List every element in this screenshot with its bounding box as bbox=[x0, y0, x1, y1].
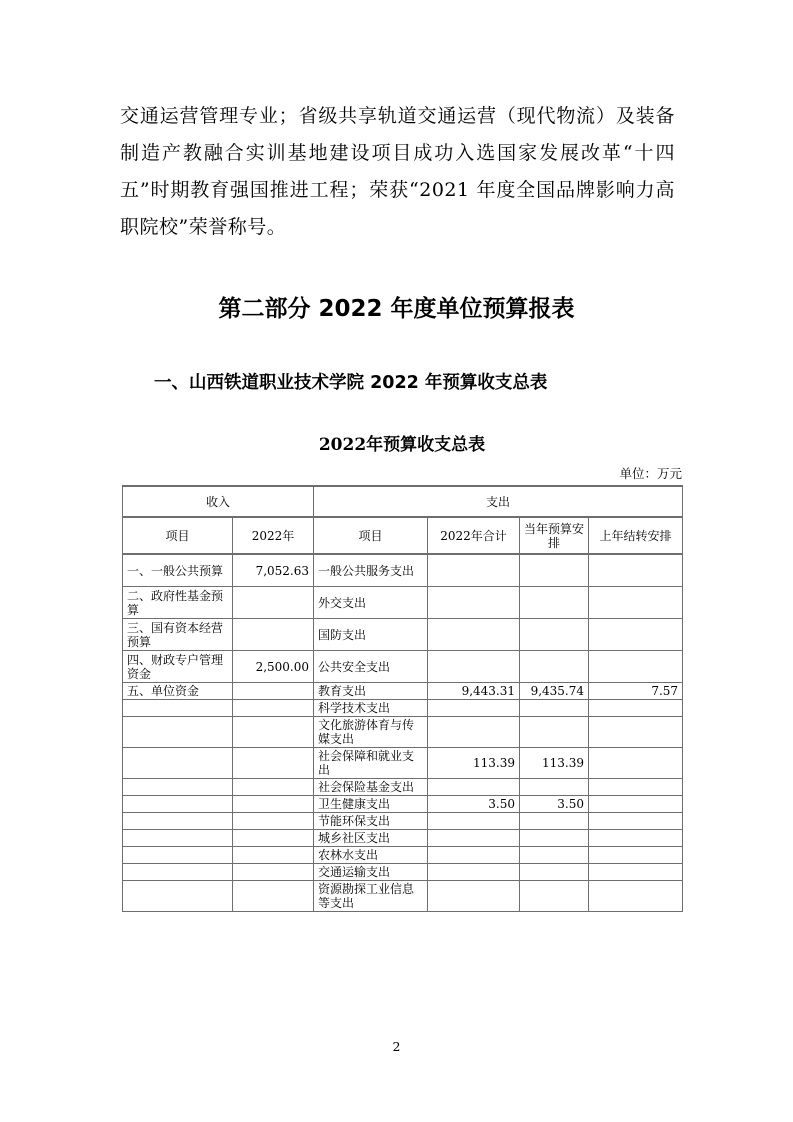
expense-total-cell bbox=[428, 830, 520, 847]
expense-item-cell: 资源勘探工业信息等支出 bbox=[314, 881, 428, 912]
expense-item-cell: 节能环保支出 bbox=[314, 813, 428, 830]
expense-current-header: 当年预算安排 bbox=[520, 517, 589, 554]
income-item-cell bbox=[123, 796, 233, 813]
table-row: 二、政府性基金预算外交支出 bbox=[123, 587, 683, 619]
expense-item-cell: 一般公共服务支出 bbox=[314, 554, 428, 587]
expense-current-cell: 3.50 bbox=[520, 796, 589, 813]
income-value-cell: 2,500.00 bbox=[233, 651, 314, 683]
table-row: 卫生健康支出3.503.50 bbox=[123, 796, 683, 813]
income-item-cell bbox=[123, 717, 233, 748]
expense-total-header: 2022年合计 bbox=[428, 517, 520, 554]
table-row: 文化旅游体育与传媒支出 bbox=[123, 717, 683, 748]
expense-current-cell bbox=[520, 700, 589, 717]
income-item-cell: 四、财政专户管理资金 bbox=[123, 651, 233, 683]
income-value-cell bbox=[233, 779, 314, 796]
table-row: 城乡社区支出 bbox=[123, 830, 683, 847]
income-value-cell bbox=[233, 796, 314, 813]
expense-item-cell: 国防支出 bbox=[314, 619, 428, 651]
expense-total-cell bbox=[428, 717, 520, 748]
expense-item-cell: 农林水支出 bbox=[314, 847, 428, 864]
expense-item-cell: 卫生健康支出 bbox=[314, 796, 428, 813]
expense-current-cell bbox=[520, 830, 589, 847]
income-item-cell bbox=[123, 864, 233, 881]
expense-carryover-cell bbox=[589, 864, 683, 881]
expense-total-cell: 113.39 bbox=[428, 748, 520, 779]
expense-group-header: 支出 bbox=[314, 486, 683, 517]
expense-item-cell: 社会保障和就业支出 bbox=[314, 748, 428, 779]
expense-item-header: 项目 bbox=[314, 517, 428, 554]
income-item-cell bbox=[123, 847, 233, 864]
expense-carryover-cell bbox=[589, 651, 683, 683]
expense-carryover-cell bbox=[589, 587, 683, 619]
table-row: 四、财政专户管理资金2,500.00公共安全支出 bbox=[123, 651, 683, 683]
expense-current-cell: 113.39 bbox=[520, 748, 589, 779]
income-value-cell bbox=[233, 683, 314, 700]
table-row: 交通运输支出 bbox=[123, 864, 683, 881]
expense-current-cell bbox=[520, 717, 589, 748]
table-row: 三、国有资本经营预算国防支出 bbox=[123, 619, 683, 651]
expense-current-cell bbox=[520, 779, 589, 796]
table-row: 节能环保支出 bbox=[123, 813, 683, 830]
expense-total-cell bbox=[428, 779, 520, 796]
expense-total-cell bbox=[428, 881, 520, 912]
income-value-cell bbox=[233, 717, 314, 748]
expense-item-cell: 外交支出 bbox=[314, 587, 428, 619]
income-item-cell: 二、政府性基金预算 bbox=[123, 587, 233, 619]
income-value-cell: 7,052.63 bbox=[233, 554, 314, 587]
expense-item-cell: 文化旅游体育与传媒支出 bbox=[314, 717, 428, 748]
expense-carryover-cell bbox=[589, 847, 683, 864]
expense-carryover-cell bbox=[589, 717, 683, 748]
expense-carryover-cell bbox=[589, 881, 683, 912]
sub-heading: 一、山西铁道职业技术学院 2022 年预算收支总表 bbox=[154, 369, 793, 394]
expense-item-cell: 城乡社区支出 bbox=[314, 830, 428, 847]
table-title: 2022年预算收支总表 bbox=[122, 430, 682, 455]
expense-total-cell: 9,443.31 bbox=[428, 683, 520, 700]
expense-total-cell bbox=[428, 651, 520, 683]
expense-total-cell bbox=[428, 813, 520, 830]
expense-current-cell bbox=[520, 651, 589, 683]
table-row: 资源勘探工业信息等支出 bbox=[123, 881, 683, 912]
expense-total-cell bbox=[428, 700, 520, 717]
expense-carryover-cell bbox=[589, 779, 683, 796]
income-group-header: 收入 bbox=[123, 486, 314, 517]
expense-item-cell: 交通运输支出 bbox=[314, 864, 428, 881]
table-row: 一、一般公共预算7,052.63一般公共服务支出 bbox=[123, 554, 683, 587]
budget-table: 收入 支出 项目 2022年 项目 2022年合计 当年预算安排 上年结转安排 … bbox=[122, 485, 683, 912]
income-value-cell bbox=[233, 700, 314, 717]
income-item-cell bbox=[123, 830, 233, 847]
document-page: 交通运营管理专业；省级共享轨道交通运营（现代物流）及装备制造产教融合实训基地建设… bbox=[0, 0, 793, 1122]
intro-paragraph: 交通运营管理专业；省级共享轨道交通运营（现代物流）及装备制造产教融合实训基地建设… bbox=[0, 0, 793, 246]
income-value-cell bbox=[233, 619, 314, 651]
income-value-cell bbox=[233, 864, 314, 881]
expense-carryover-cell bbox=[589, 700, 683, 717]
income-item-cell bbox=[123, 748, 233, 779]
expense-carryover-cell bbox=[589, 619, 683, 651]
expense-current-cell bbox=[520, 554, 589, 587]
page-number: 2 bbox=[0, 1039, 793, 1054]
expense-item-cell: 公共安全支出 bbox=[314, 651, 428, 683]
expense-total-cell bbox=[428, 587, 520, 619]
income-value-cell bbox=[233, 587, 314, 619]
income-value-cell bbox=[233, 830, 314, 847]
expense-carryover-cell bbox=[589, 830, 683, 847]
income-item-cell bbox=[123, 813, 233, 830]
income-value-cell bbox=[233, 847, 314, 864]
table-row: 农林水支出 bbox=[123, 847, 683, 864]
expense-total-cell bbox=[428, 554, 520, 587]
expense-current-cell bbox=[520, 881, 589, 912]
expense-total-cell: 3.50 bbox=[428, 796, 520, 813]
expense-carryover-header: 上年结转安排 bbox=[589, 517, 683, 554]
expense-carryover-cell bbox=[589, 796, 683, 813]
income-item-cell bbox=[123, 881, 233, 912]
income-item-cell: 三、国有资本经营预算 bbox=[123, 619, 233, 651]
expense-current-cell bbox=[520, 864, 589, 881]
expense-item-cell: 教育支出 bbox=[314, 683, 428, 700]
group-header-row: 收入 支出 bbox=[123, 486, 683, 517]
unit-note: 单位：万元 bbox=[122, 464, 682, 482]
expense-current-cell bbox=[520, 813, 589, 830]
income-year-header: 2022年 bbox=[233, 517, 314, 554]
income-value-cell bbox=[233, 881, 314, 912]
expense-current-cell bbox=[520, 847, 589, 864]
expense-item-cell: 科学技术支出 bbox=[314, 700, 428, 717]
income-item-cell bbox=[123, 779, 233, 796]
expense-carryover-cell bbox=[589, 813, 683, 830]
income-item-header: 项目 bbox=[123, 517, 233, 554]
income-item-cell bbox=[123, 700, 233, 717]
column-header-row: 项目 2022年 项目 2022年合计 当年预算安排 上年结转安排 bbox=[123, 517, 683, 554]
table-row: 五、单位资金教育支出9,443.319,435.747.57 bbox=[123, 683, 683, 700]
income-item-cell: 一、一般公共预算 bbox=[123, 554, 233, 587]
budget-table-section: 2022年预算收支总表 单位：万元 收入 支出 项目 2022年 项目 2022… bbox=[122, 430, 682, 912]
income-item-cell: 五、单位资金 bbox=[123, 683, 233, 700]
expense-carryover-cell bbox=[589, 554, 683, 587]
table-row: 社会保障和就业支出113.39113.39 bbox=[123, 748, 683, 779]
expense-total-cell bbox=[428, 619, 520, 651]
expense-current-cell bbox=[520, 587, 589, 619]
expense-total-cell bbox=[428, 847, 520, 864]
income-value-cell bbox=[233, 813, 314, 830]
expense-item-cell: 社会保险基金支出 bbox=[314, 779, 428, 796]
section-heading: 第二部分 2022 年度单位预算报表 bbox=[0, 290, 793, 323]
table-row: 社会保险基金支出 bbox=[123, 779, 683, 796]
expense-carryover-cell bbox=[589, 748, 683, 779]
income-value-cell bbox=[233, 748, 314, 779]
table-row: 科学技术支出 bbox=[123, 700, 683, 717]
expense-total-cell bbox=[428, 864, 520, 881]
expense-current-cell: 9,435.74 bbox=[520, 683, 589, 700]
expense-current-cell bbox=[520, 619, 589, 651]
expense-carryover-cell: 7.57 bbox=[589, 683, 683, 700]
